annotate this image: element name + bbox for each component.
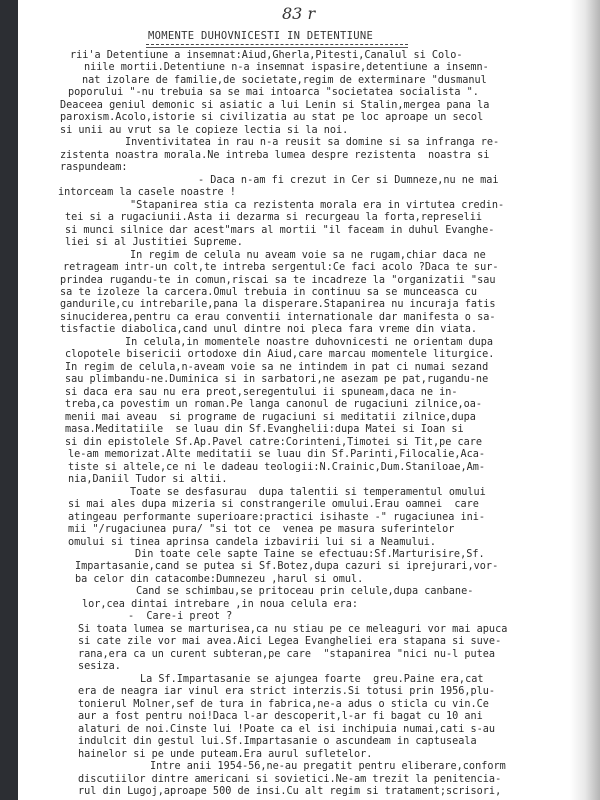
text-line: Cand se schimbau,se pritoceau prin celul… <box>136 586 473 598</box>
text-line: aur a fost pentru noi!Daca l-ar descoper… <box>78 711 483 723</box>
text-line: mii "/rugaciunea pura/ "si tot ce venea … <box>68 524 454 536</box>
text-line: rana,era ca un curent subteran,pe care "… <box>78 649 495 661</box>
text-line: si cate zile vor mai avea.Aici Legea Eva… <box>78 636 501 648</box>
text-line: sau plimbandu-ne.Duminica si in sarbator… <box>65 374 488 386</box>
text-line: alaturi de noi.Cinste lui !Poate ca el i… <box>78 724 495 736</box>
text-line: Toate se desfasurau dupa talentii si tem… <box>130 487 486 499</box>
text-line: menii mai aveau si programe de rugaciuni… <box>65 412 476 424</box>
text-line: nat izolare de familie,de societate,regi… <box>82 75 487 87</box>
text-line: Deaceea geniul demonic si asiatic a lui … <box>60 100 489 112</box>
title-underline <box>146 44 408 48</box>
text-line: Impartasanie,cand se putea si Sf.Botez,d… <box>75 561 498 573</box>
text-line: le-am memorizat.Alte meditatii se luau d… <box>68 449 485 461</box>
text-line: sesiza. <box>78 661 121 673</box>
text-line: tisfactie diabolica,cand unul dintre noi… <box>60 324 477 336</box>
text-line: Inventivitatea in rau n-a reusit sa domi… <box>125 137 499 149</box>
text-line: raspundeam: <box>60 162 127 174</box>
text-line: indulcit din gestul lui.Sf.Impartasanie … <box>78 736 477 748</box>
text-line: clopotele bisericii ortodoxe din Aiud,ca… <box>65 349 494 361</box>
text-line: tei si a rugaciunii.Asta ii dezarma si r… <box>65 212 482 224</box>
handwritten-page-number: 83 r <box>282 4 315 23</box>
text-line: atingeau performante superioare:practici… <box>68 512 485 524</box>
text-line: hainelor si pe unde puteam.Era aurul suf… <box>78 749 372 761</box>
text-line: Si toata lumea se marturisea,ca nu stiau… <box>78 624 507 636</box>
text-line: poporului "-nu trebuia sa se mai intoarc… <box>68 87 479 99</box>
text-line: liei si al Justitiei Supreme. <box>65 237 243 249</box>
text-line: discutiilor dintre americani si sovietic… <box>78 774 501 786</box>
text-line: "Stapanirea stia ca rezistenta morala er… <box>130 200 504 212</box>
text-line: In celula,in momentele noastre duhovnice… <box>125 337 493 349</box>
scan-left-edge <box>0 0 18 800</box>
text-line: lor,cea dintai intrebare ,in noua celula… <box>82 599 358 611</box>
text-line: rul din Lugoj,aproape 500 de insi.Cu alt… <box>78 786 501 798</box>
text-line: prindea rugandu-te in comun,riscai sa te… <box>60 275 495 287</box>
text-line: La Sf.Impartasanie se ajungea foarte gre… <box>140 674 483 686</box>
text-line: treba,ca povestim un roman.Pe langa cano… <box>65 399 482 411</box>
text-line: In regim de celula,n-aveam voie sa ne in… <box>65 362 488 374</box>
text-line: intorceam la casele noastre ! <box>58 187 236 199</box>
text-line: si unii au vrut sa le copieze lectia si … <box>60 125 348 137</box>
scan-right-shadow <box>570 0 600 800</box>
text-line: In regim de celula nu aveam voie sa ne r… <box>130 250 486 262</box>
text-line: si mai ales dupa mizeria si constrangeri… <box>68 499 479 511</box>
text-line: Intre anii 1954-56,ne-au pregatit pentru… <box>150 761 506 773</box>
text-line: - Care-i preot ? <box>128 611 232 623</box>
text-line: masa.Meditatiile se luau din Sf.Evanghel… <box>65 424 464 436</box>
text-line: ba celor din catacombe:Dumnezeu ,harul s… <box>75 574 363 586</box>
text-line: sa te izoleze la carcera.Omul trebuia in… <box>60 287 477 299</box>
text-line: tonierul Molner,sef de tura in fabrica,n… <box>78 699 489 711</box>
text-line: retrageam intr-un colt,te intreba sergen… <box>63 262 498 274</box>
text-line: omului si tinea aprinsa candela izbaviri… <box>68 537 436 549</box>
text-line: gandurile,cu intrebarile,pana la dispera… <box>60 299 495 311</box>
text-line: rii'a Detentiune a insemnat:Aiud,Gherla,… <box>70 50 463 62</box>
text-line: si munci silnice dar acest"mars al morti… <box>65 225 494 237</box>
text-line: si din epistolele Sf.Ap.Pavel catre:Cori… <box>65 437 482 449</box>
text-line: Din toate cele sapte Taine se efectuau:S… <box>135 549 485 561</box>
text-line: sinuciderea,pentru ca erau conventii int… <box>60 312 495 324</box>
text-line: - Daca n-am fi crezut in Cer si Dumneze,… <box>198 175 499 187</box>
text-line: paroxism.Acolo,istorie si civilizatia au… <box>60 112 483 124</box>
text-line: era de neagra iar vinul era strict inter… <box>78 686 495 698</box>
text-line: si daca era sau nu era preot,seregentulu… <box>65 387 458 399</box>
text-line: tiste si altele,ce ni le dadeau teologii… <box>68 462 485 474</box>
text-line: zistenta noastra morala.Ne intreba lumea… <box>60 150 489 162</box>
text-line: nia,Daniil Tudor si altii. <box>68 474 227 486</box>
document-title: MOMENTE DUHOVNICESTI IN DETENTIUNE <box>148 30 373 42</box>
text-line: niile mortii.Detentiune n-a insemnat isp… <box>84 62 489 74</box>
